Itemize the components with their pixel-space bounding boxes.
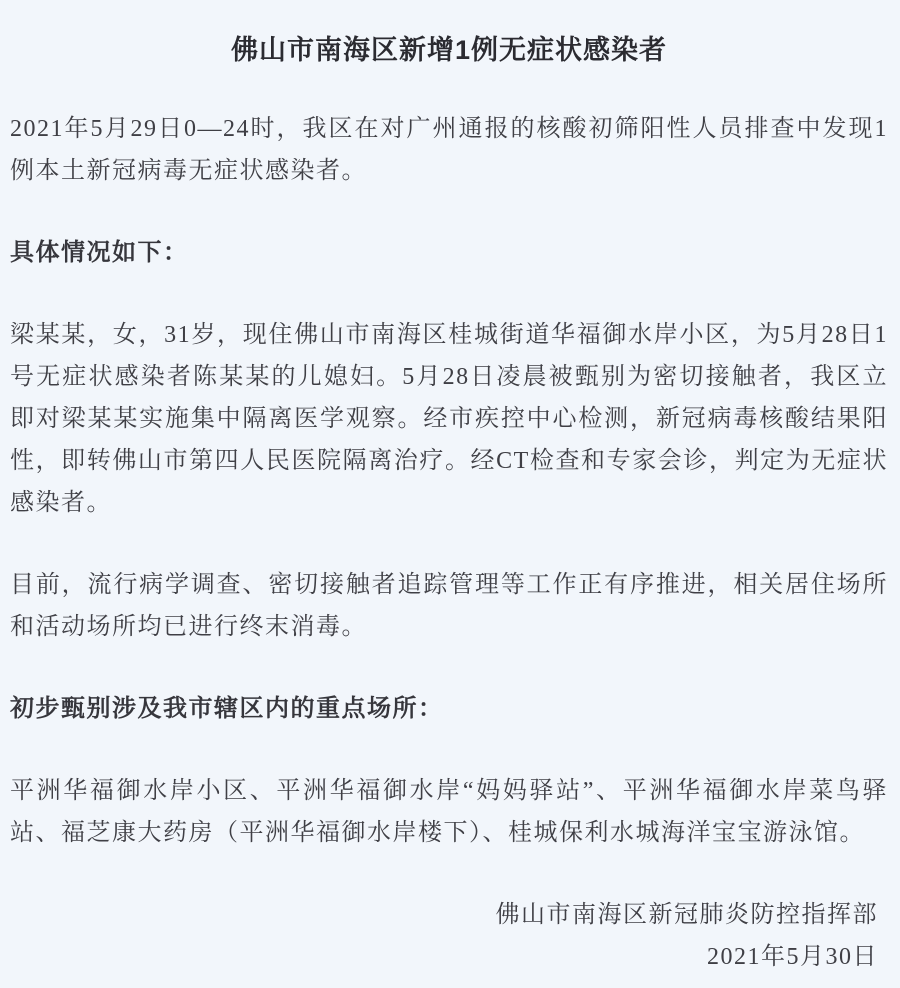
section-heading-details: 具体情况如下： bbox=[10, 232, 888, 274]
page-title: 佛山市南海区新增1例无症状感染者 bbox=[10, 30, 888, 70]
section-heading-key-places: 初步甄别涉及我市辖区内的重点场所： bbox=[10, 688, 888, 730]
paragraph-current-status: 目前，流行病学调查、密切接触者追踪管理等工作正有序推进，相关居住场所和活动场所均… bbox=[10, 564, 888, 648]
paragraph-intro: 2021年5月29日0—24时，我区在对广州通报的核酸初筛阳性人员排查中发现1例… bbox=[10, 108, 888, 192]
signature-block: 佛山市南海区新冠肺炎防控指挥部 2021年5月30日 bbox=[10, 894, 888, 978]
announcement-page: 佛山市南海区新增1例无症状感染者 2021年5月29日0—24时，我区在对广州通… bbox=[0, 0, 900, 988]
paragraph-case-details: 梁某某，女，31岁，现住佛山市南海区桂城街道华福御水岸小区，为5月28日1号无症… bbox=[10, 314, 888, 524]
signature: 佛山市南海区新冠肺炎防控指挥部 bbox=[10, 894, 888, 936]
paragraph-key-places-list: 平洲华福御水岸小区、平洲华福御水岸“妈妈驿站”、平洲华福御水岸菜鸟驿站、福芝康大… bbox=[10, 770, 888, 854]
signature-date: 2021年5月30日 bbox=[10, 936, 888, 978]
